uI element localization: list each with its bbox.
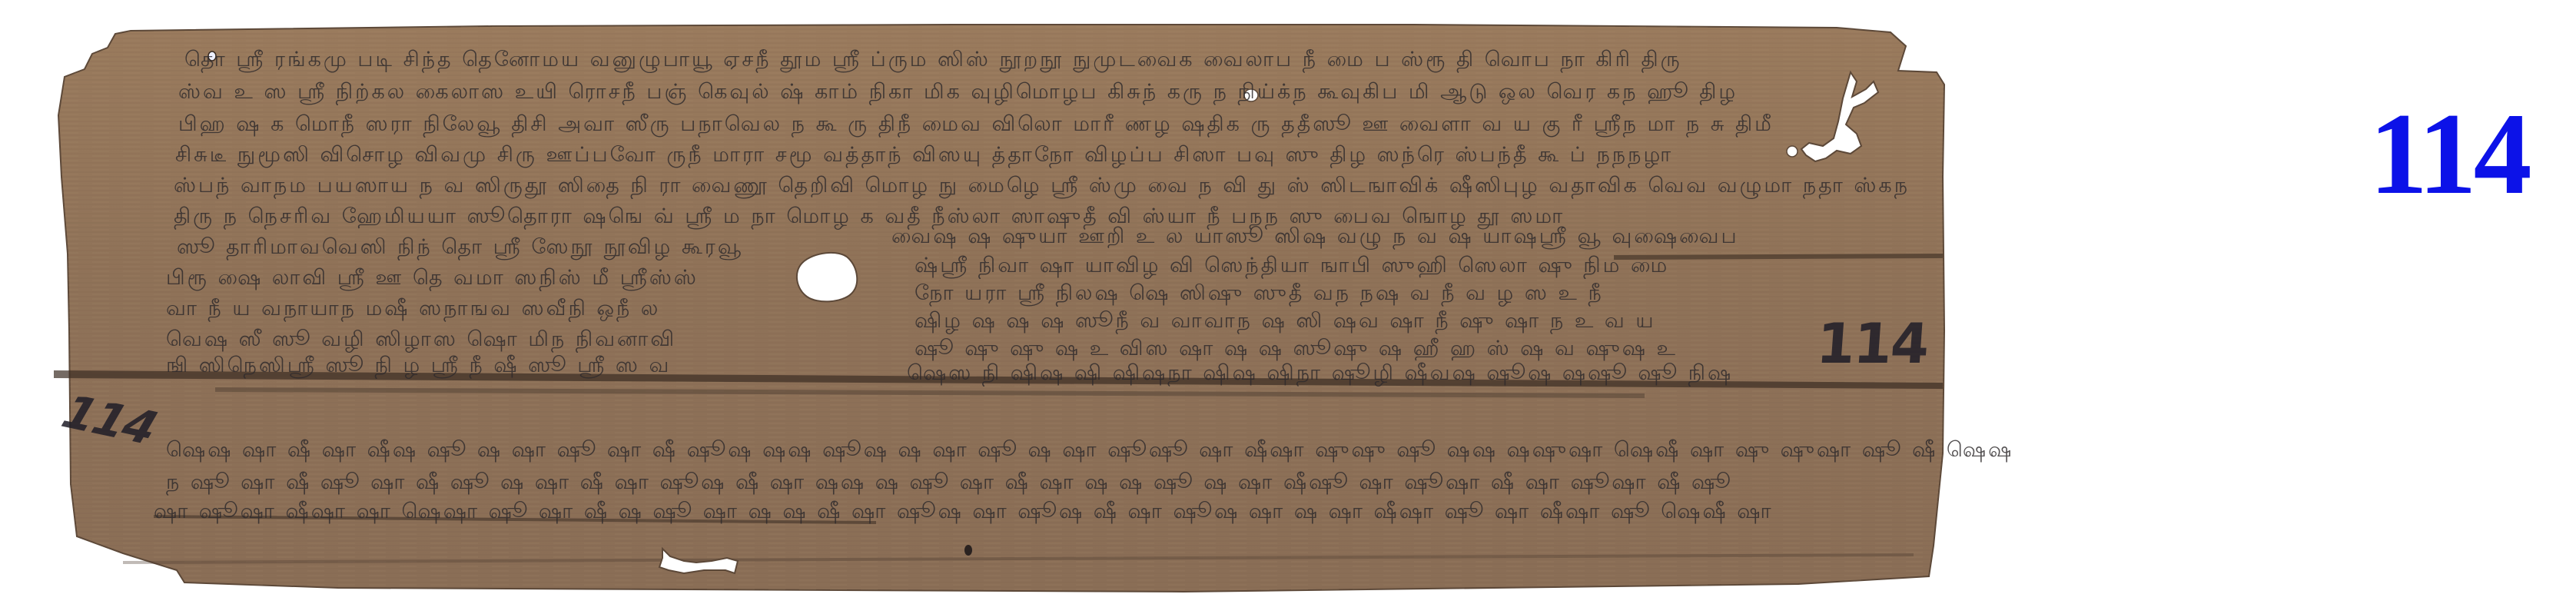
manuscript-line-right-column: ஷூ ஷு ஷு ஷ உ விஸ ஷா ஷ ஷ ஸூஷு ஷ ஹீ ஹ ஸ் ஷ… <box>915 337 1678 363</box>
folio-number-label: 114 <box>2369 95 2529 212</box>
manuscript-line-right-column: ஷெஸ நி ஷிஷ ஷி ஷிஷநா ஷிஷ ஷிநா ஷூழி ஷீவஷ ஷ… <box>907 361 1733 388</box>
manuscript-line-lower: ந ஷூ ஷா ஷீ ஷூ ஷா ஷீ ஷூ ஷ ஷா ஷீ ஷா ஷூஷ ஷீ… <box>166 470 1733 497</box>
manuscript-line-left-column: வெஷ ஸீ ஸூ வழி ஸிழாஸ ஷொ மிந நிவனாவி <box>166 327 676 354</box>
manuscript-line-lower: ஷெஷ ஷா ஷீ ஷா ஷீஷ ஷூ ஷ ஷா ஷூ ஷா ஷீ ஷூஷ ஷஷ… <box>166 438 2013 465</box>
manuscript-line-left-column: ஸூ தாரிமாவவெஸி நிந் தொ ஸ்ரீ ஸேநூ நூவிழ க… <box>177 235 743 262</box>
manuscript-line: பிஹ ஷ க மொநீ ஸரா நிலேவூ திசி அவா ஸீரு பந… <box>178 112 1774 139</box>
manuscript-line-right-column: ஷிழ ஷ ஷ ஷ ஸூநீ வ வாவாந ஷ ஸி ஷவ ஷா நீ ஷு … <box>915 309 1656 336</box>
handwritten-folio-marker-right: 114 <box>1814 311 1930 376</box>
manuscript-line-left-column: வா நீ ய வநாயாந மஷீ ஸநாஙவ ஸவீநி ஒநீ ல <box>166 297 660 324</box>
manuscript-line-right-column: நோ யரா ஸ்ரீ நிலஷ ஷெ ஸிஷு ஸுதீ வந நஷ வ நீ… <box>915 281 1604 308</box>
binding-hole <box>797 253 857 302</box>
manuscript-line-right-column: வைஷ ஷ ஷுயா ஊறி உ ல யாஸூ ஸிஷ வழு ந வ ஷ யா… <box>891 224 1739 251</box>
manuscript-line-lower: ஷா ஷூஷா ஷீஷா ஷா ஷெஷா ஷூ ஷா ஷீ ஷ ஷூ ஷா ஷ … <box>154 499 1774 526</box>
manuscript-line: சிசுடீ நுமூஸி விசொழ விவமு சிரு ஊப்பவோ ரு… <box>175 143 1673 170</box>
manuscript-line-left-column: பிரூ ஷை லாவி ஸ்ரீ ஊ தெ வமா ஸநிஸ் மீ ஸ்ரீ… <box>166 266 699 293</box>
manuscript-line-left-column: ஙி ஸிநெஸிஸ்ரீ ஸூ நி ழ ஸ்ரீ நீ ஷீ ஸூ ஸ்ரீ… <box>166 353 671 380</box>
manuscript-page: தொ ஸ்ரீ ரங்கமு படி சிந்த தெனோமய வனுழுபாய… <box>0 0 2576 614</box>
manuscript-line: ஸ்பந் வாநம பயஸாய ந வ ஸிருதூ ஸிதை நி ரா வ… <box>174 174 1910 201</box>
manuscript-line: ஸ்வ உ ஸ ஸ்ரீ நிற்கல கைலாஸ உயி ரொசநீ பஞ் … <box>178 80 1738 107</box>
manuscript-line-right-column: ஷ்ஸ்ரீ நிவா ஷா யாவிழ வி ஸெந்தியா ஙாபி ஸு… <box>915 254 1669 280</box>
manuscript-line: தொ ஸ்ரீ ரங்கமு படி சிந்த தெனோமய வனுழுபாய… <box>184 48 1798 75</box>
palm-leaf: தொ ஸ்ரீ ரங்கமு படி சிந்த தெனோமய வனுழுபாய… <box>31 23 1952 599</box>
